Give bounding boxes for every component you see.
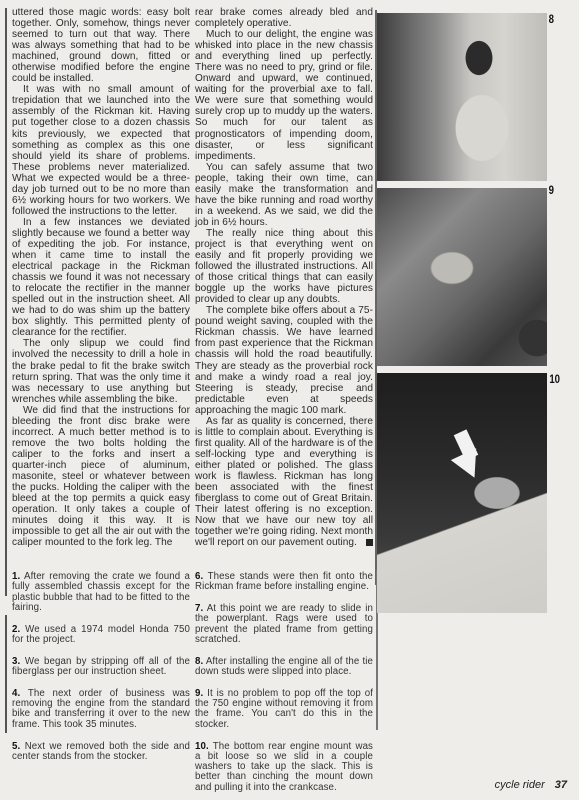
caption: 1. After removing the crate we found a f… [12, 572, 190, 613]
caption: 9. It is no problem to pop off the top o… [195, 689, 373, 730]
magazine-name: cycle rider [495, 779, 545, 791]
caption: 3. We began by stripping off all of the … [12, 657, 190, 678]
left-margin-rule [5, 8, 7, 596]
arrow-down-icon [451, 448, 487, 483]
photo-captions-right: 6. These stands were then fit onto the R… [195, 572, 373, 800]
paragraph: Much to our delight, the engine was whis… [195, 29, 373, 162]
photo-number: 9 [549, 183, 554, 197]
paragraph: The complete bike offers about a 75-poun… [195, 305, 373, 415]
page-number: 37 [555, 779, 567, 791]
end-of-article-mark [366, 539, 373, 546]
caption: 6. These stands were then fit onto the R… [195, 572, 373, 593]
paragraph: It was with no small amount of trepidati… [12, 84, 190, 217]
photo-man-assembling-motorcycle [377, 13, 547, 181]
caption: 8. After installing the engine all of th… [195, 657, 373, 678]
paragraph: uttered those magic words: easy bolt tog… [12, 7, 190, 84]
paragraph: The really nice thing about this project… [195, 228, 373, 305]
photo-engine-in-frame [377, 188, 547, 366]
left-margin-rule [5, 615, 7, 733]
article-column-1: uttered those magic words: easy bolt tog… [12, 7, 190, 548]
caption: 7. At this point we are ready to slide i… [195, 604, 373, 645]
paragraph: In a few instances we deviated slightly … [12, 217, 190, 339]
caption: 5. Next we removed both the side and cen… [12, 742, 190, 763]
paragraph-last: As far as quality is concerned, there is… [195, 416, 373, 549]
page-footer: cycle rider37 [495, 779, 567, 791]
photo-number: 10 [549, 372, 560, 386]
caption: 10. The bottom rear engine mount was a b… [195, 742, 373, 793]
photo-rear-engine-mount [377, 373, 547, 613]
caption: 2. We used a 1974 model Honda 750 for th… [12, 625, 190, 646]
paragraph: You can safely assume that two people, t… [195, 162, 373, 228]
photo-number: 8 [549, 12, 554, 26]
photo-captions-left: 1. After removing the crate we found a f… [12, 572, 190, 774]
article-column-2: rear brake comes already bled and comple… [195, 7, 373, 548]
paragraph: rear brake comes already bled and comple… [195, 7, 373, 29]
paragraph: The only slipup we could find involved t… [12, 338, 190, 404]
paragraph: We did find that the instructions for bl… [12, 405, 190, 549]
caption: 4. The next order of business was removi… [12, 689, 190, 730]
